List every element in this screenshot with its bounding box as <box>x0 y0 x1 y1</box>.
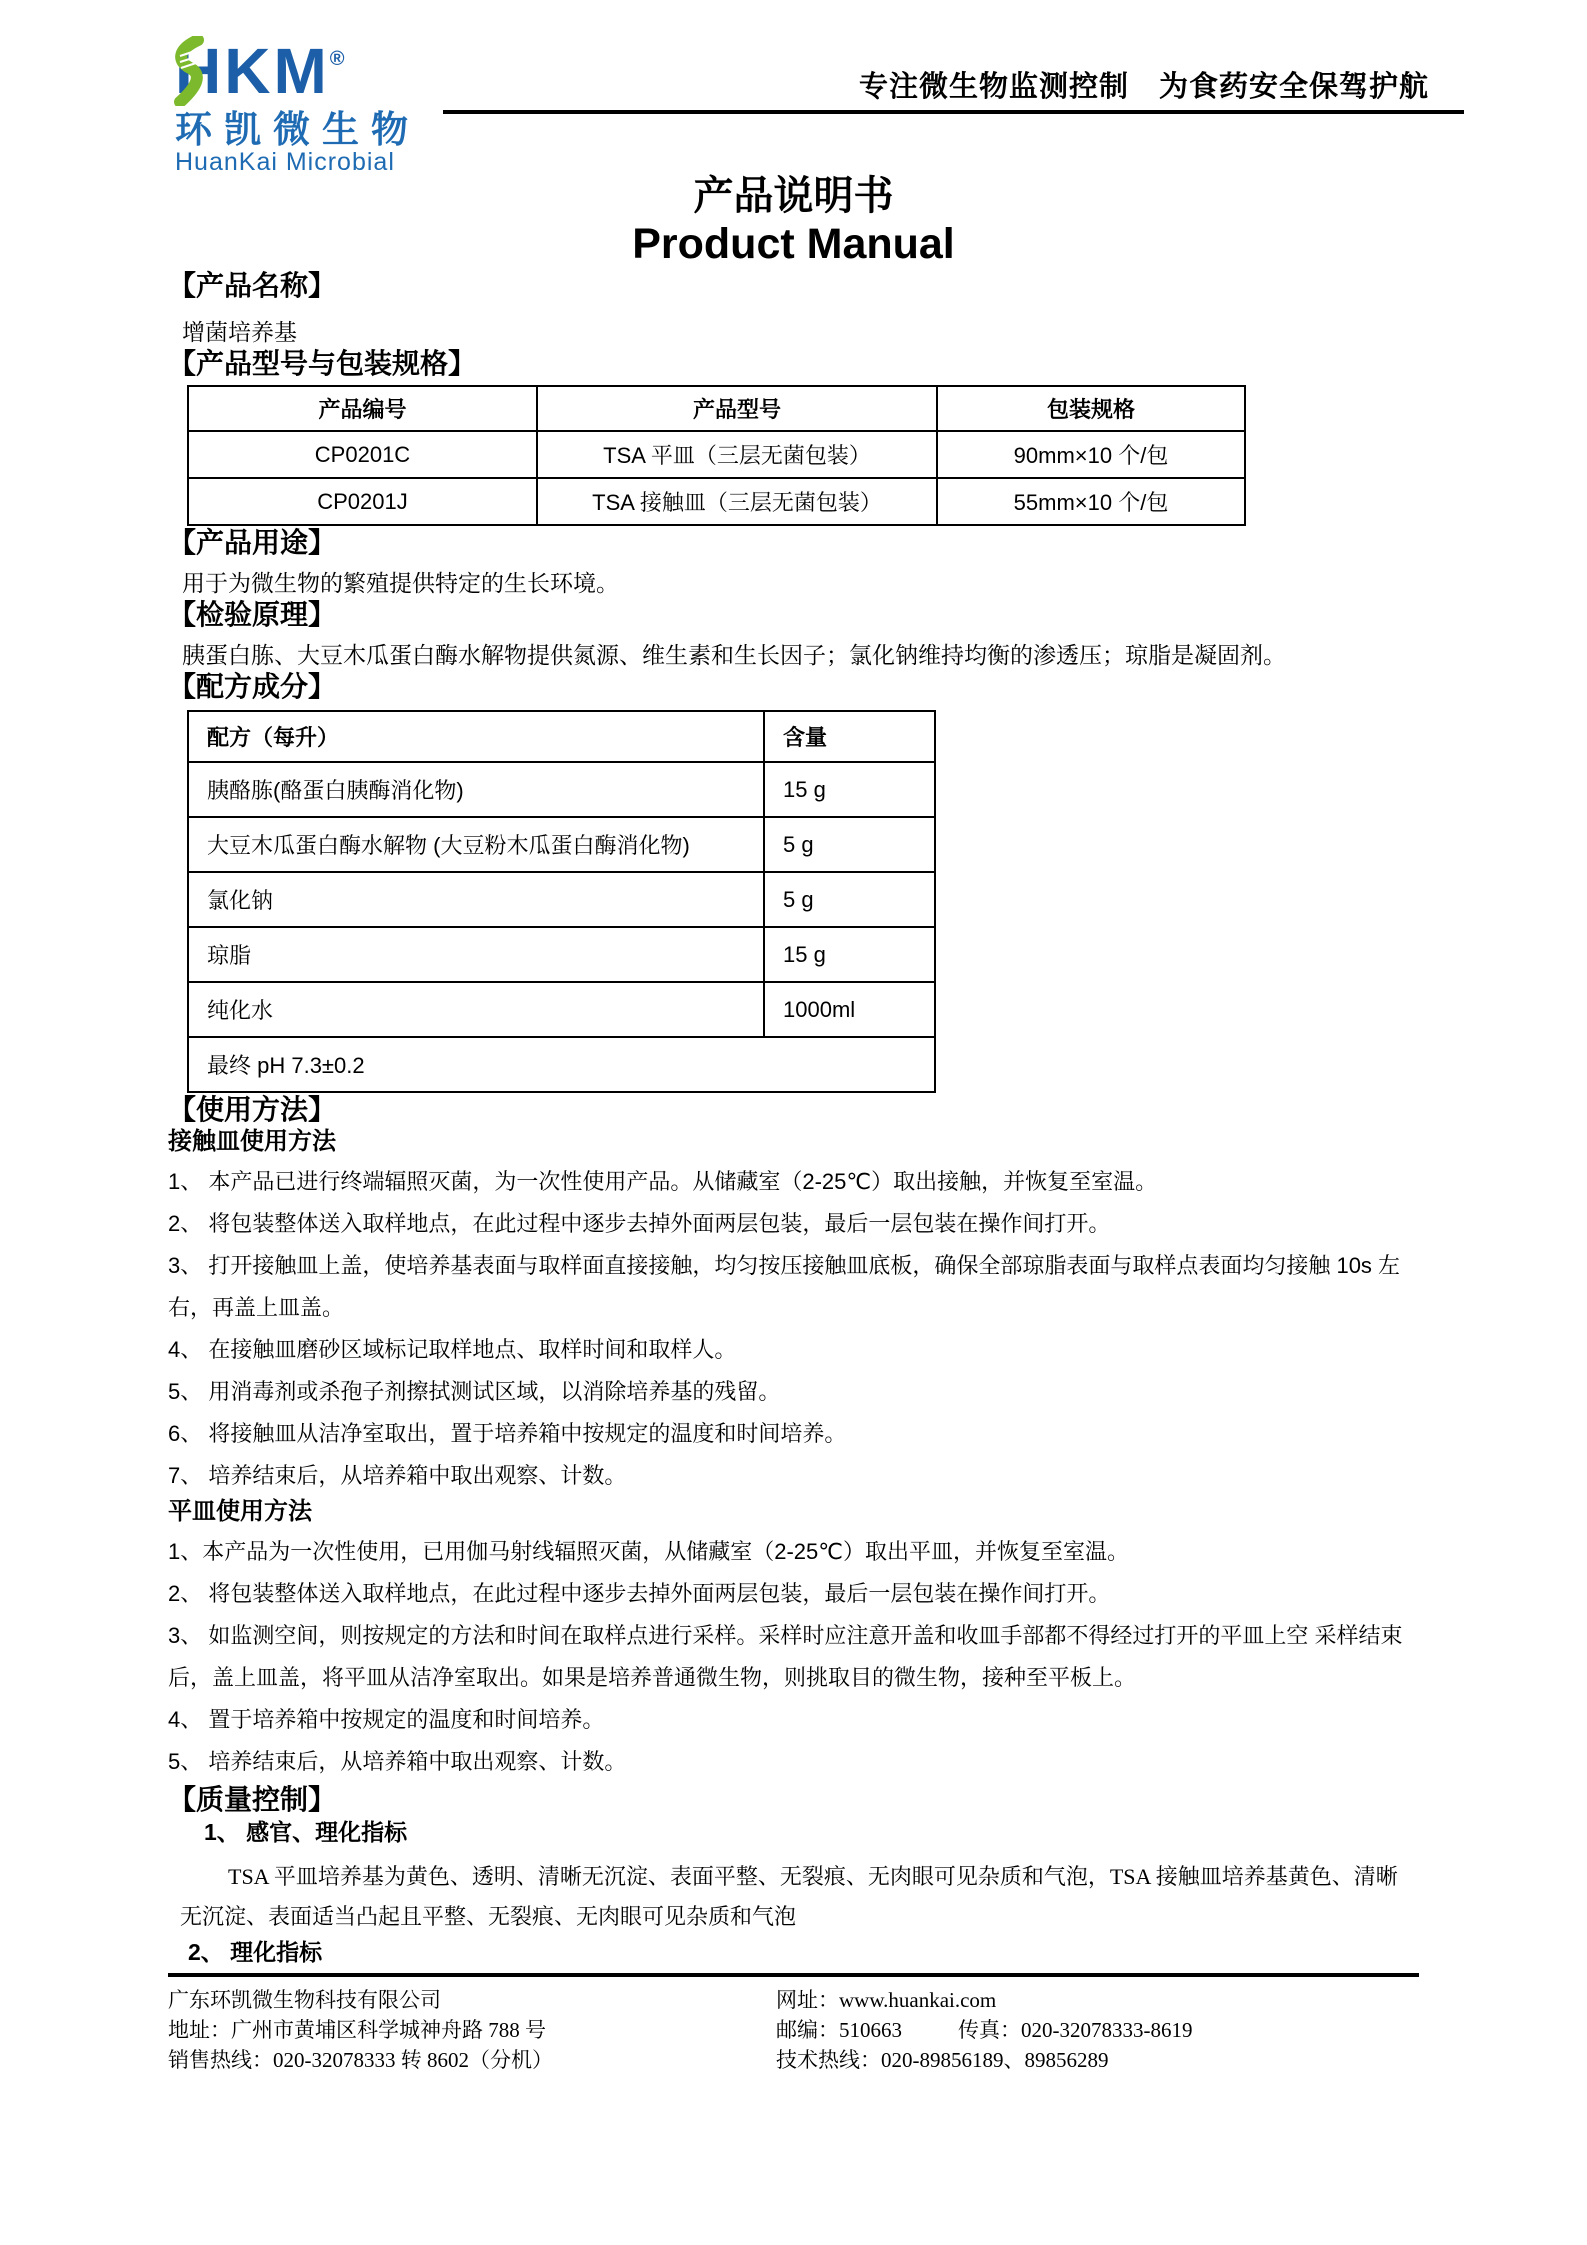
fax-number: 传真：020-32078333-8619 <box>958 2018 1193 2042</box>
list-item: 5、 培养结束后，从培养箱中取出观察、计数。 <box>168 1741 1419 1783</box>
qc-item2-heading: 2、 理化指标 <box>188 1937 1419 1967</box>
table-cell: 15 g <box>764 762 935 817</box>
product-manual-page: HKM® 环凯微生物 HuanKai Microbial 专注微生物监测控制 为… <box>0 0 1587 2245</box>
contact-method-list: 1、 本产品已进行终端辐照灭菌，为一次性使用产品。从储藏室（2-25℃）取出接触… <box>168 1161 1419 1497</box>
plate-method-subheading: 平皿使用方法 <box>168 1497 1419 1527</box>
usage-text: 用于为微生物的繁殖提供特定的生长环境。 <box>182 568 1419 598</box>
table-cell: 90mm×10 个/包 <box>937 431 1245 478</box>
website: 网址：www.huankai.com <box>776 1985 1419 2015</box>
doc-title-cn: 产品说明书 <box>168 173 1419 219</box>
section-heading-qc: 【质量控制】 <box>168 1783 1419 1817</box>
list-item: 6、 将接触皿从洁净室取出，置于培养箱中按规定的温度和时间培养。 <box>168 1413 1419 1455</box>
table-header-row: 产品编号 产品型号 包装规格 <box>188 386 1245 431</box>
formula-ph-cell: 最终 pH 7.3±0.2 <box>188 1037 935 1092</box>
table-cell: 氯化钠 <box>188 872 764 927</box>
table-cell: 55mm×10 个/包 <box>937 478 1245 525</box>
table-header-cell: 包装规格 <box>937 386 1245 431</box>
doc-title-en: Product Manual <box>168 219 1419 269</box>
registered-trademark-icon: ® <box>330 48 345 70</box>
page-footer: 广东环凯微生物科技有限公司 地址：广州市黄埔区科学城神舟路 788 号 销售热线… <box>168 1973 1419 2075</box>
table-header-row: 配方（每升） 含量 <box>188 711 935 762</box>
table-header-cell: 产品编号 <box>188 386 537 431</box>
list-item: 3、 打开接触皿上盖，使培养基表面与取样面直接接触，均匀按压接触皿底板，确保全部… <box>168 1245 1419 1329</box>
footer-divider <box>168 1973 1419 1977</box>
model-spec-table: 产品编号 产品型号 包装规格 CP0201C TSA 平皿（三层无菌包装） 90… <box>187 385 1246 526</box>
contact-method-subheading: 接触皿使用方法 <box>168 1127 1419 1157</box>
list-item: 5、 用消毒剂或杀孢子剂擦拭测试区域，以消除培养基的残留。 <box>168 1371 1419 1413</box>
postal-fax-line: 邮编：510663传真：020-32078333-8619 <box>776 2015 1419 2045</box>
section-heading-formula: 【配方成分】 <box>168 670 1419 704</box>
table-cell: 琼脂 <box>188 927 764 982</box>
list-item: 1、本产品为一次性使用，已用伽马射线辐照灭菌，从储藏室（2-25℃）取出平皿，并… <box>168 1531 1419 1573</box>
footer-columns: 广东环凯微生物科技有限公司 地址：广州市黄埔区科学城神舟路 788 号 销售热线… <box>168 1985 1419 2075</box>
table-cell: 胰酪胨(酪蛋白胰酶消化物) <box>188 762 764 817</box>
qc-item1-text: TSA 平皿培养基为黄色、透明、清晰无沉淀、表面平整、无裂痕、无肉眼可见杂质和气… <box>180 1857 1419 1937</box>
table-row: 最终 pH 7.3±0.2 <box>188 1037 935 1092</box>
footer-right-column: 网址：www.huankai.com 邮编：510663传真：020-32078… <box>776 1985 1419 2075</box>
list-item: 1、 本产品已进行终端辐照灭菌，为一次性使用产品。从储藏室（2-25℃）取出接触… <box>168 1161 1419 1203</box>
logo-brand-row: HKM® <box>175 36 420 108</box>
page-header: HKM® 环凯微生物 HuanKai Microbial 专注微生物监测控制 为… <box>0 0 1587 168</box>
header-divider <box>443 110 1464 114</box>
company-address: 地址：广州市黄埔区科学城神舟路 788 号 <box>168 2015 776 2045</box>
footer-left-column: 广东环凯微生物科技有限公司 地址：广州市黄埔区科学城神舟路 788 号 销售热线… <box>168 1985 776 2075</box>
table-row: 琼脂 15 g <box>188 927 935 982</box>
section-heading-method: 【使用方法】 <box>168 1093 1419 1127</box>
table-row: 大豆木瓜蛋白酶水解物 (大豆粉木瓜蛋白酶消化物) 5 g <box>188 817 935 872</box>
table-header-cell: 产品型号 <box>537 386 937 431</box>
header-tagline: 专注微生物监测控制 为食药安全保驾护航 <box>859 64 1429 105</box>
table-cell: TSA 接触皿（三层无菌包装） <box>537 478 937 525</box>
table-cell: TSA 平皿（三层无菌包装） <box>537 431 937 478</box>
list-item: 4、 在接触皿磨砂区域标记取样地点、取样时间和取样人。 <box>168 1329 1419 1371</box>
formula-table: 配方（每升） 含量 胰酪胨(酪蛋白胰酶消化物) 15 g 大豆木瓜蛋白酶水解物 … <box>187 710 936 1093</box>
list-item: 4、 置于培养箱中按规定的温度和时间培养。 <box>168 1699 1419 1741</box>
table-cell: 15 g <box>764 927 935 982</box>
tech-hotline: 技术热线：020-89856189、89856289 <box>776 2045 1419 2075</box>
product-name-text: 增菌培养基 <box>182 317 1419 347</box>
table-cell: CP0201J <box>188 478 537 525</box>
list-item: 2、 将包装整体送入取样地点，在此过程中逐步去掉外面两层包装，最后一层包装在操作… <box>168 1203 1419 1245</box>
principle-text: 胰蛋白胨、大豆木瓜蛋白酶水解物提供氮源、维生素和生长因子；氯化钠维持均衡的渗透压… <box>182 640 1419 670</box>
table-row: 氯化钠 5 g <box>188 872 935 927</box>
table-row: CP0201J TSA 接触皿（三层无菌包装） 55mm×10 个/包 <box>188 478 1245 525</box>
company-name: 广东环凯微生物科技有限公司 <box>168 1985 776 2015</box>
table-cell: 纯化水 <box>188 982 764 1037</box>
table-row: 纯化水 1000ml <box>188 982 935 1037</box>
table-cell: 5 g <box>764 817 935 872</box>
qc-item1-heading: 1、 感官、理化指标 <box>204 1817 1419 1847</box>
table-cell: 1000ml <box>764 982 935 1037</box>
list-item: 7、 培养结束后，从培养箱中取出观察、计数。 <box>168 1455 1419 1497</box>
logo-chinese-name: 环凯微生物 <box>175 111 420 148</box>
table-cell: CP0201C <box>188 431 537 478</box>
document-body: 产品说明书 Product Manual 【产品名称】 增菌培养基 【产品型号与… <box>0 0 1587 1967</box>
table-header-cell: 含量 <box>764 711 935 762</box>
section-heading-model-spec: 【产品型号与包装规格】 <box>168 347 1419 381</box>
plate-method-list: 1、本产品为一次性使用，已用伽马射线辐照灭菌，从储藏室（2-25℃）取出平皿，并… <box>168 1531 1419 1783</box>
dna-ribbon-icon <box>167 36 209 106</box>
hkm-logo: HKM® 环凯微生物 HuanKai Microbial <box>175 36 420 175</box>
section-heading-usage: 【产品用途】 <box>168 526 1419 560</box>
table-row: CP0201C TSA 平皿（三层无菌包装） 90mm×10 个/包 <box>188 431 1245 478</box>
table-cell: 5 g <box>764 872 935 927</box>
section-heading-product-name: 【产品名称】 <box>168 269 1419 303</box>
postal-code: 邮编：510663 <box>776 2018 902 2042</box>
table-cell: 大豆木瓜蛋白酶水解物 (大豆粉木瓜蛋白酶消化物) <box>188 817 764 872</box>
section-heading-principle: 【检验原理】 <box>168 598 1419 632</box>
table-header-cell: 配方（每升） <box>188 711 764 762</box>
table-row: 胰酪胨(酪蛋白胰酶消化物) 15 g <box>188 762 935 817</box>
list-item: 2、 将包装整体送入取样地点，在此过程中逐步去掉外面两层包装，最后一层包装在操作… <box>168 1573 1419 1615</box>
logo-english-name: HuanKai Microbial <box>175 150 420 175</box>
list-item: 3、 如监测空间，则按规定的方法和时间在取样点进行采样。采样时应注意开盖和收皿手… <box>168 1615 1419 1699</box>
sales-hotline: 销售热线：020-32078333 转 8602（分机） <box>168 2045 776 2075</box>
